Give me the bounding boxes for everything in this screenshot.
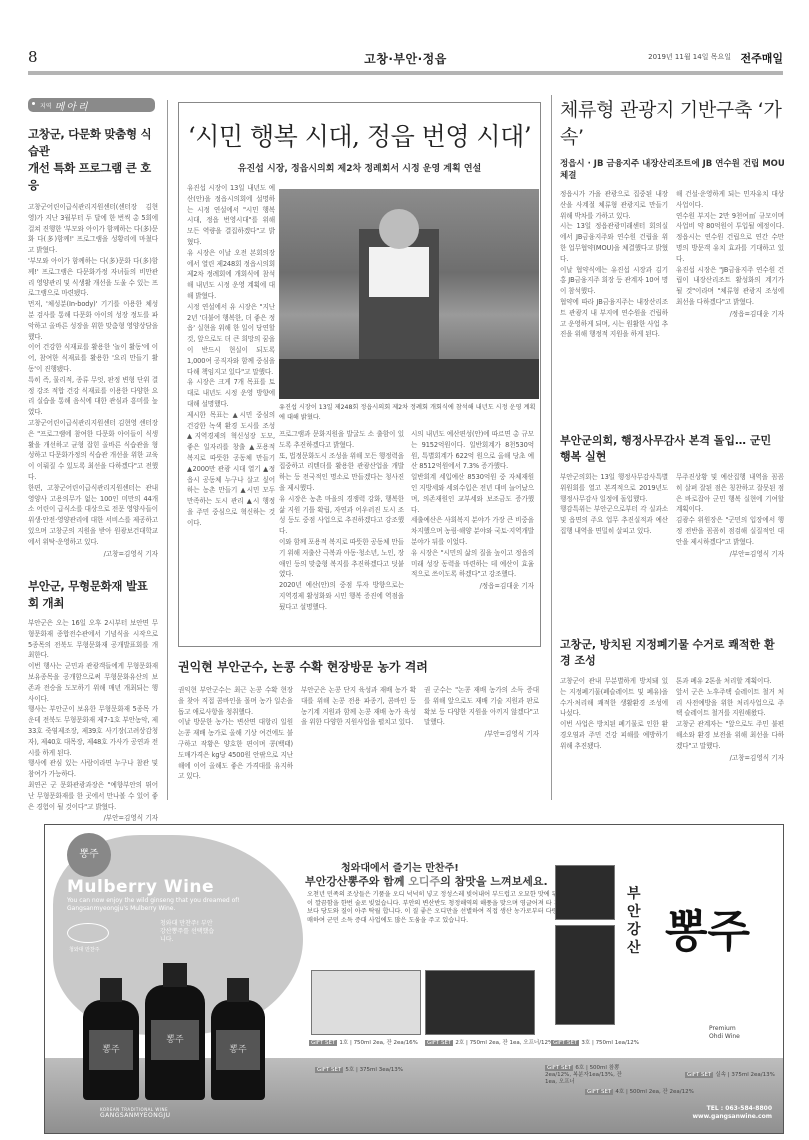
gift-set-label: GIFT SET실속 | 375ml 2ea/13% <box>685 1070 775 1078</box>
brand-subtitle: Premium Ohdi Wine <box>709 1025 749 1041</box>
gift-set-label: GIFT SET1호 | 750ml 2ea, 잔 2ea/16% <box>309 1038 418 1046</box>
paragraph: 해 건설·운영하게 되는 민자유치 대상 사업이다. <box>676 189 784 211</box>
paragraph: 유진섭 시장이 13일 내년도 예산(안)을 정읍시의회에 설명하는 시정 연설… <box>187 183 275 248</box>
headline: 개선 특화 프로그램 큰 호응 <box>28 160 158 194</box>
paragraph: 협약에 따라 JB금융지주는 내장산리조트 관광지 내 부지에 연수원을 건립하… <box>560 297 668 340</box>
headline: 부안군, 무형문화재 발표회 개최 <box>28 578 158 612</box>
person-shape <box>369 247 429 297</box>
byline: /정읍=김대윤 기자 <box>676 308 784 318</box>
feature-headline: ‘시민 행복 시대, 정읍 번영 시대’ <box>179 117 540 153</box>
mayor-speech-photo <box>279 189 539 399</box>
contact-info: TEL : 063-584-8800 www.gangsanwine.com <box>662 1105 772 1121</box>
paragraph: 행감특위는 부안군으로부터 각 실과소 및 읍면의 주요 업무 추진실적과 예산… <box>560 504 668 536</box>
paragraph: 또, 법정문화도시 조성을 위해 모든 행정력을 집중하고 리텐더를 활용한 관… <box>279 451 404 494</box>
brand-calligraphy: 뽕주 <box>665 895 750 959</box>
paragraph: 프로그램과 문화지원을 발굴도 소 출함이 있도록 추진하겠다고 밝혔다. <box>279 429 404 451</box>
article-buan-soybean: 권익현 부안군수, 논콩 수확 현장방문 농가 격려 권익현 부안군수는 최근 … <box>178 658 541 782</box>
issue-date: 2019년 11월 14일 목요일 <box>648 52 731 62</box>
photo-caption: 유진섭 시장이 13일 제248회 정읍시의회 제2차 정례회 개회식에 참석해… <box>279 403 539 423</box>
byline: /부안=김영식 기자 <box>676 548 784 558</box>
paragraph: 권익현 부안군수는 최근 논콩 수확 현장을 찾아 직접 콤바인을 몰며 농가 … <box>178 685 293 717</box>
subheadline: 정읍시 · JB 금융지주 내장산리조트에 JB 연수원 건립 MOU 체결 <box>560 157 785 181</box>
left-column: 지역 메아리 고창군, 다문화 맞춤형 식습관 개선 특화 프로그램 큰 호응 … <box>28 98 158 558</box>
person-head-shape <box>379 209 419 249</box>
headline: 고창군, 방치된 지정폐기물 수거로 쾌적한 환경 조성 <box>560 636 785 668</box>
paragraph: 유진섭 시장은 "JB금융지주 연수원 건립이 내장산리조트 활성화의 계기가 … <box>676 265 784 308</box>
column-divider <box>167 100 168 800</box>
website-link[interactable]: www.gangsanwine.com <box>662 1113 772 1121</box>
newspaper-page: 8 고창·부안·정읍 2019년 11월 14일 목요일 전주매일 지역 메아리… <box>0 0 809 1140</box>
paragraph: 고창군 관계자는 "앞으로도 주민 불편 해소와 환경 보전을 위해 최선을 다… <box>676 719 784 751</box>
blue-house-emblem-icon <box>67 923 109 943</box>
headline: 고창군, 다문화 맞춤형 식습관 <box>28 126 158 160</box>
gift-set-label: GIFT SET5호 | 375ml 3ea/13% <box>315 1065 403 1073</box>
paragraph: 이와 함께 포용적 복지로 따뜻한 공동체 만들기 위해 저출산 극복과 아동·… <box>279 537 404 580</box>
gift-set-label: GIFT SET3호 | 750ml 1ea/12% <box>551 1038 639 1046</box>
wine-bottle: 뽕주 <box>145 985 205 1100</box>
article-jeongeup-tourism: 체류형 관광지 기반구축 ‘가속’ 정읍시 · JB 금융지주 내장산리조트에 … <box>560 95 785 340</box>
gift-set-box <box>555 925 615 1025</box>
paragraph: 고창군이 관내 무분별하게 방치돼 있는 지정폐기물(폐슬레이트 및 폐유)을 … <box>560 676 668 719</box>
paragraph: 행사는 부안군이 보유한 무형문화재 5종목 가운데 전북도 무형문화재 제7-… <box>28 704 158 758</box>
bullet-icon <box>32 102 35 105</box>
ad-body-copy: 오천년 민족의 조상들은 기품을 오디 넉넉히 넣고 정성스레 빚어내어 부드럽… <box>307 891 567 925</box>
feature-subheadline: 유진섭 시장, 정읍시의회 제2차 정례회서 시정 운영 계획 연설 <box>179 161 540 174</box>
gift-set-box <box>311 970 421 1035</box>
emblem-copy: 청와대 만찬주! 부안강산뽕주를 선택했습니다. <box>160 920 215 944</box>
byline: /고창=김영식 기자 <box>28 548 158 558</box>
masthead-rule <box>28 71 783 75</box>
headline: 권익현 부안군수, 논콩 수확 현장방문 농가 격려 <box>178 658 541 675</box>
ad-headline-2: 부안강산뽕주와 함께 오디주의 참맛을 느껴보세요. <box>305 873 548 889</box>
brand-vertical-text: 부안강산 <box>627 885 651 957</box>
feature-column-right: 시의 내년도 예산편성(안)에 따르면 총 규모는 9152억원이다. 일반회계… <box>411 429 534 590</box>
paragraph: '부모와 아이가 함께하는 다(多)문화 다(多)함께!' 프로그램은 다문화가… <box>28 256 158 299</box>
paragraph: 이날 협약식에는 유진섭 시장과 김기홍 JB금융지주 회장 등 관계자 10여… <box>560 265 668 297</box>
article-buan-heritage: 부안군, 무형문화재 발표회 개최 부안군은 오는 16일 오후 2시부터 보안… <box>28 578 158 822</box>
paragraph: 유 시장은 "시민의 삶의 질을 높이고 정읍의 미래 성장 동력을 마련하는 … <box>411 548 534 580</box>
paragraph: 시는 13일 정읍관광미래센터 회의실에서 JB금융지주와 연수원 건립을 위한… <box>560 221 668 264</box>
paragraph: 정읍시가 가을 관광으로 집중된 내장산을 사계절 체류형 관광지로 만들기 위… <box>560 189 668 221</box>
paragraph: 이어 건강한 식재료를 활용한 '놀이 활동'에 이어, 참여한 식재료를 활용… <box>28 342 158 374</box>
gift-set-box <box>425 970 535 1035</box>
paragraph: 세출예산은 사회복지 분야가 가장 큰 비중을 차지했으며 농림·해양 분야와 … <box>411 515 534 547</box>
feature-column-mid: 프로그램과 문화지원을 발굴도 소 출함이 있도록 추진하겠다고 밝혔다. 또,… <box>279 429 404 613</box>
tag-label-big: 메아리 <box>55 98 90 113</box>
paragraph: 제시한 목표는 ▲시민 중심의 건강한 녹색 환경 도시를 조성 ▲지역경제의 … <box>187 410 275 529</box>
feature-article: ‘시민 행복 시대, 정읍 번영 시대’ 유진섭 시장, 정읍시의회 제2차 정… <box>178 102 541 647</box>
paragraph: 김광수 위원장은 "군민의 입장에서 행정 전반을 꼼꼼히 점검해 실질적인 대… <box>676 515 784 547</box>
paragraph: 일반회계 세입예산 8530억원 중 자체재원인 지방세와 세외수입은 전년 대… <box>411 472 534 515</box>
mulberry-wine-advertisement: 뽕주 Mulberry Wine You can now enjoy the w… <box>44 824 784 1134</box>
paragraph: 2020년 예산(안)의 중점 투자 방향으로는 지역경제 활성화와 시민 행복… <box>279 580 404 612</box>
byline: /부안=김영식 기자 <box>28 812 158 822</box>
paragraph: 권 군수는 "논콩 재배 농가의 소득 증대를 위해 앞으로도 재배 기술 지원… <box>424 685 539 728</box>
paragraph: 부안군은 오는 16일 오후 2시부터 보안면 무형문화재 종합전수관에서 기념… <box>28 618 158 661</box>
byline: /부안=김영식 기자 <box>424 728 539 738</box>
paragraph: 행사에 관심 있는 사람이라면 누구나 참관 및 참여가 가능하다. <box>28 758 158 780</box>
paragraph: 시정 연설에서 유 시장은 "지난 2년 '더불어 행복한, 더 좋은 정읍' … <box>187 302 275 378</box>
paragraph: 고창군어린이급식관리지원센터(센터장 김현영)가 지난 3월부터 두 달에 한 … <box>28 202 158 256</box>
brand-logo: 뽕주 <box>67 833 111 877</box>
byline: /정읍=김대윤 기자 <box>411 580 534 590</box>
gift-set-label: GIFT SET6호 | 500ml 참뽕2ea/12%, 복분자1ea/13%… <box>545 1065 635 1086</box>
article-buan-audit: 부안군의회, 행정사무감사 본격 돌입… 군민 행복 실현 부안군의회는 13일… <box>560 432 785 558</box>
wine-bottle: 뽕주 <box>211 1000 265 1100</box>
tag-label-small: 지역 <box>40 101 52 110</box>
ad-title: Mulberry Wine <box>67 877 214 897</box>
wine-bottle: 뽕주 <box>83 1000 139 1100</box>
paragraph: 시의 내년도 예산편성(안)에 따르면 총 규모는 9152억원이다. 일반회계… <box>411 429 534 472</box>
byline: /고창=김영식 기자 <box>676 752 784 762</box>
ad-headline: 청와대에서 즐기는 만찬주! <box>341 859 459 874</box>
article-gochang-food: 고창군, 다문화 맞춤형 식습관 개선 특화 프로그램 큰 호응 고창군어린이급… <box>28 126 158 558</box>
paragraph: 이번 사업은 방치된 폐기물로 인한 환경오염과 주민 건강 피해를 예방하기 … <box>560 719 668 751</box>
paragraph: 앞서 군은 노후주택 슬레이트 철거 처리 사전예방을 위한 처리사업으로 주택… <box>676 687 784 719</box>
paragraph: 유 시장은 농촌 마을의 경쟁력 강화, 행복한 삶 지원 기틀 확립, 자연과… <box>279 494 404 537</box>
section-tag: 지역 메아리 <box>28 98 155 112</box>
gift-set-label: GIFT SET4호 | 500ml 2ea, 잔 2ea/12% <box>585 1087 694 1095</box>
paragraph: 고창군어린이급식관리지원센터 김현영 센터장은 "프로그램에 참여한 다문화 아… <box>28 418 158 483</box>
phone-number: TEL : 063-584-8800 <box>662 1105 772 1113</box>
photo-foreground <box>279 359 539 399</box>
emblem-label: 청와대 만찬주 <box>69 946 100 953</box>
headline: 체류형 관광지 기반구축 ‘가속’ <box>560 95 785 149</box>
paragraph: 먼저, '체성분(In-body)' 기기를 이용한 체성분 검사를 통해 다문… <box>28 299 158 342</box>
masthead: 8 고창·부안·정읍 2019년 11월 14일 목요일 전주매일 <box>28 48 783 70</box>
paragraph: 이날 방문한 농가는 변산면 대항리 일원 논콩 재배 농가로 올해 기상 여건… <box>178 717 293 782</box>
gift-set-label: GIFT SET2호 | 750ml 2ea, 잔 1ea, 오프너/12% <box>425 1038 553 1046</box>
maker-logo: KOREAN TRADITIONAL WINE GANGSANMYEONGJU <box>100 1107 171 1119</box>
paragraph: 유 시장은 이날 오전 본회의장에서 열린 제248회 정읍시의회 제2차 정례… <box>187 248 275 302</box>
gift-set-box <box>555 865 615 920</box>
paragraph: 톤과 폐유 2톤을 처리할 계획이다. <box>676 676 784 687</box>
paragraph: 이번 행사는 군민과 관광객들에게 무형문화재 보유종목을 공개함으로써 무형문… <box>28 661 158 704</box>
paragraph: 한편, 고창군어린이급식관리지원센터는 관내 영양사 고용의무가 없는 100인… <box>28 483 158 548</box>
paragraph: 부안군의회는 13일 행정사무감사특별위원회를 열고 본격적으로 2019년도 … <box>560 472 668 504</box>
feature-column-left: 유진섭 시장이 13일 내년도 예산(안)을 정읍시의회에 설명하는 시정 연설… <box>187 183 275 529</box>
paragraph: 무주진상황 및 예산집행 내역을 꼼꼼히 살펴 잘된 점은 칭찬하고 잘못된 점… <box>676 472 784 515</box>
column-divider <box>551 95 552 800</box>
paragraph: 부안군은 논콩 단지 육성과 재배 농가 확대를 위해 논콩 전용 파종기, 콤… <box>301 685 416 728</box>
paragraph: 연수원 부지는 2만 9천여㎡ 규모이며 사업비 약 80억원이 투입될 예정이… <box>676 211 784 265</box>
headline: 부안군의회, 행정사무감사 본격 돌입… 군민 행복 실현 <box>560 432 785 464</box>
paragraph: 유 시장은 크게 7개 목표를 토대로 내년도 시정 운영 방향에 대해 설명했… <box>187 377 275 409</box>
ad-english-copy: You can now enjoy the wild ginseng that … <box>67 897 297 913</box>
paragraph: 특히 즉, 물리적, 종류 무엇, 판정 변형 단위 결정 강조 적합 건강 식… <box>28 375 158 418</box>
article-gochang-waste: 고창군, 방치된 지정폐기물 수거로 쾌적한 환경 조성 고창군이 관내 무분별… <box>560 636 785 762</box>
paper-name: 전주매일 <box>740 50 783 66</box>
paragraph: 최연곤 군 문화관광과장은 "예향부안의 뛰어난 무형문화재를 한 곳에서 만나… <box>28 780 158 812</box>
